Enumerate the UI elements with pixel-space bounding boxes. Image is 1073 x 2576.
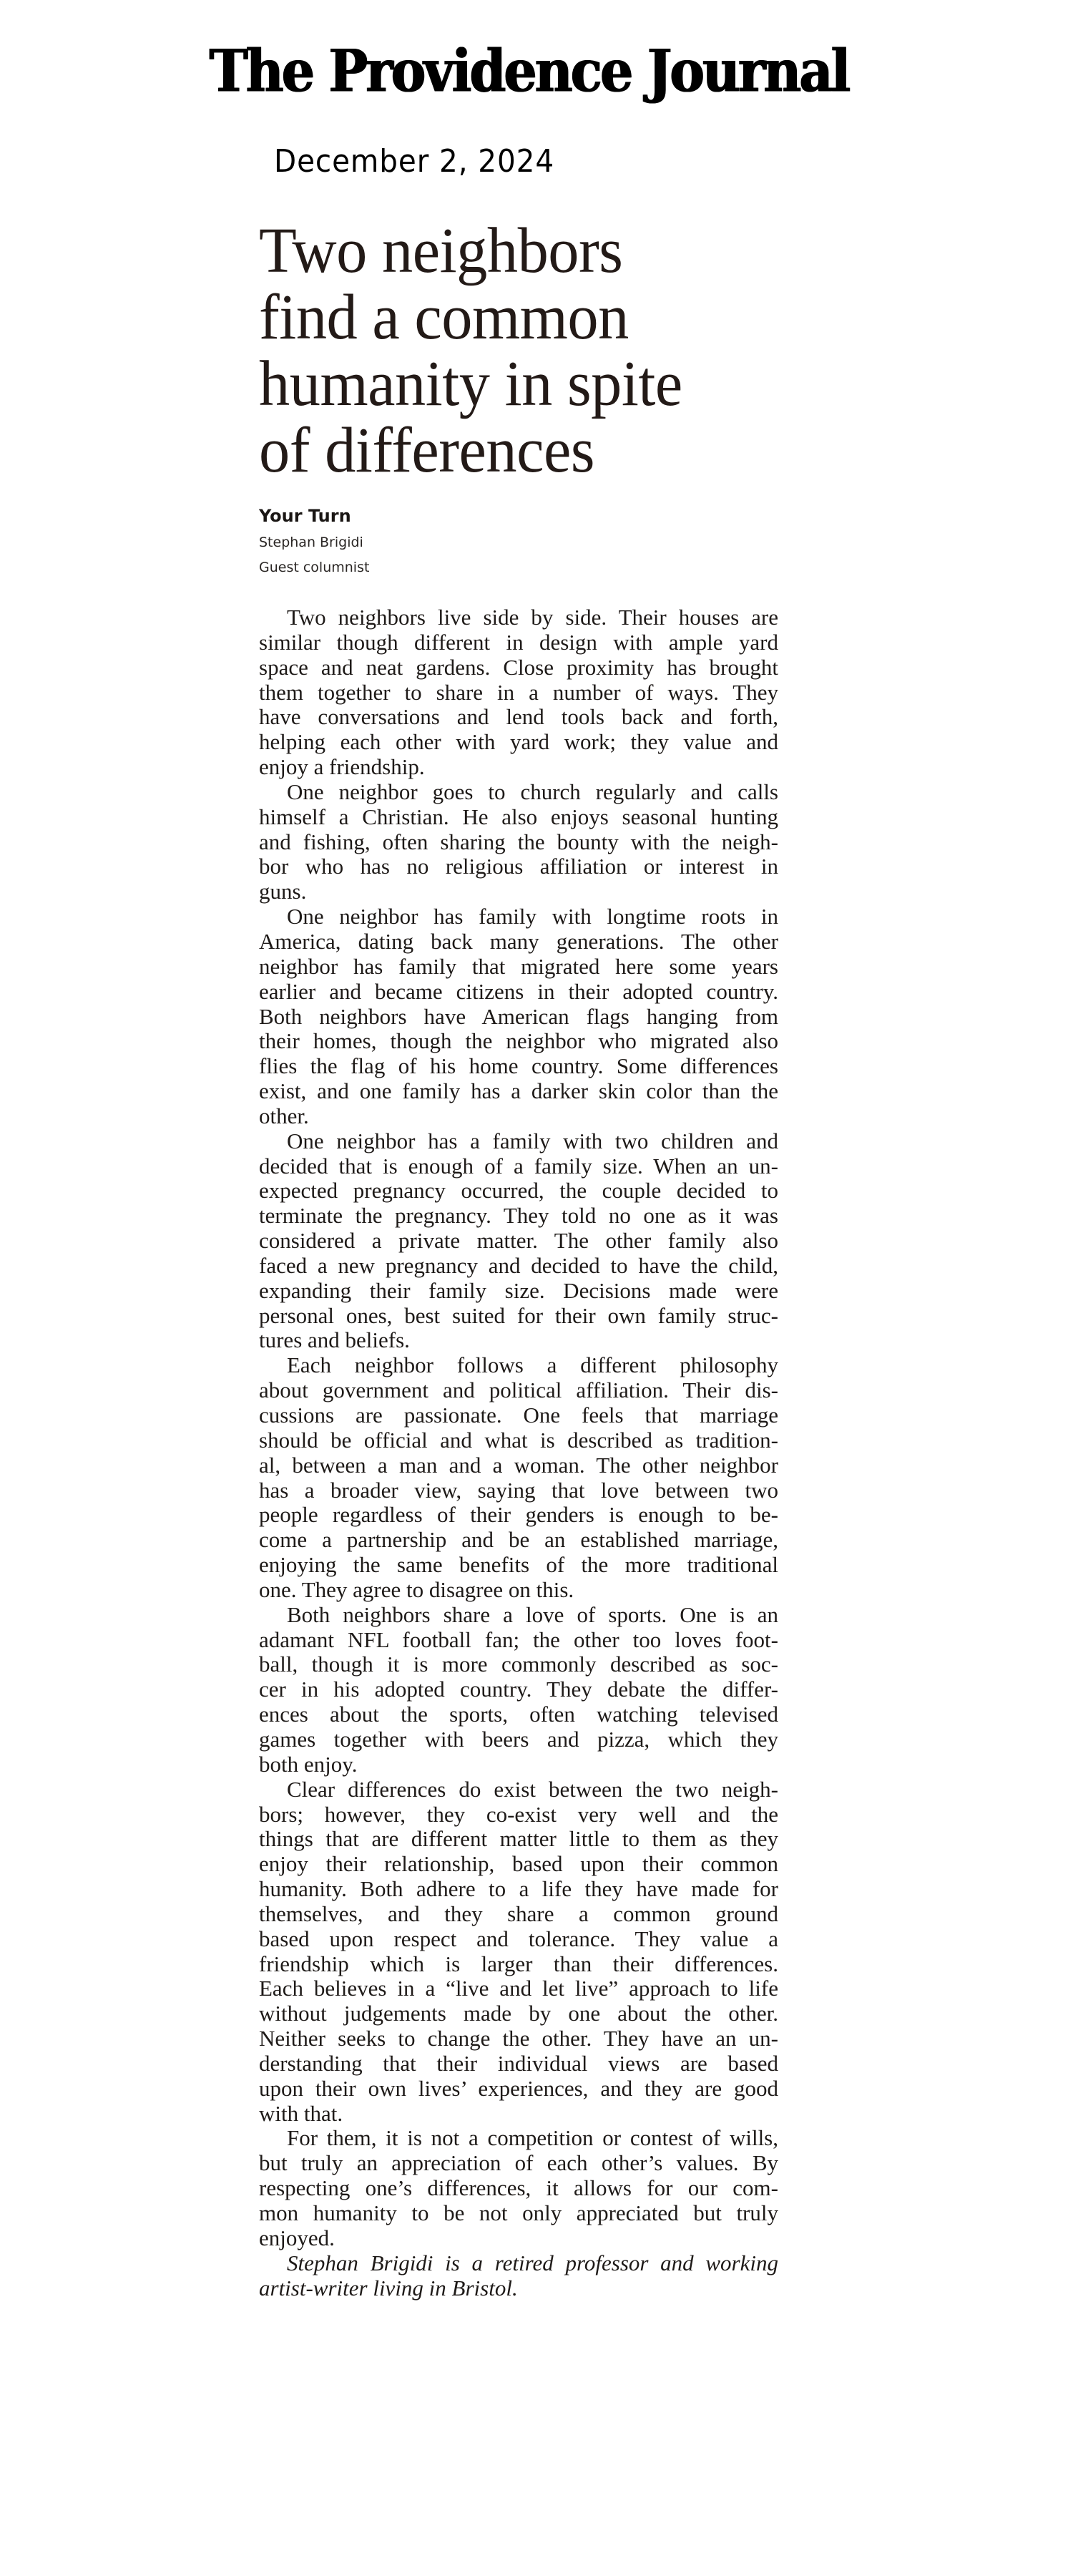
text-line: other. [259, 1104, 778, 1129]
text-line-content: himself a Christian. He also enjoys seas… [259, 805, 778, 830]
article-headline: Two neighbors find a common humanity in … [259, 218, 803, 484]
text-line-content: mon humanity to be not only appreciated … [259, 2201, 778, 2226]
text-line: with that. [259, 2102, 778, 2127]
text-line: Both neighbors share a love of sports. O… [259, 1603, 778, 1628]
text-line: One neighbor goes to church regularly an… [259, 780, 778, 805]
text-line-content: other. [259, 1104, 778, 1129]
text-line: space and neat gardens. Close proximity … [259, 655, 778, 680]
text-line-content: friendship which is larger than their di… [259, 1952, 778, 1977]
article-paragraph: Clear differences do exist between the t… [259, 1777, 778, 2127]
text-line: derstanding that their individual views … [259, 2051, 778, 2077]
text-line-content: respecting one’s differences, it allows … [259, 2176, 778, 2201]
text-line-content: people regardless of their genders is en… [259, 1503, 778, 1528]
text-line-content: themselves, and they share a common grou… [259, 1902, 778, 1927]
article-paragraph: One neighbor has a family with two child… [259, 1129, 778, 1354]
author-role: Guest columnist [259, 560, 369, 576]
article-paragraph: Two neighbors live side by side. Their h… [259, 605, 778, 780]
text-line: friendship which is larger than their di… [259, 1952, 778, 1977]
text-line: Both neighbors have American flags hangi… [259, 1005, 778, 1030]
text-line-content: Neither seeks to change the other. They … [259, 2026, 778, 2051]
text-line-content: derstanding that their individual views … [259, 2051, 778, 2077]
text-line-content: come a partnership and be an established… [259, 1528, 778, 1553]
text-line-content: enjoyed. [259, 2226, 778, 2251]
article-paragraph: Both neighbors share a love of sports. O… [259, 1603, 778, 1777]
headline-line: Two neighbors [259, 218, 781, 284]
text-line-content: Two neighbors live side by side. Their h… [259, 605, 778, 630]
text-line: For them, it is not a competition or con… [259, 2126, 778, 2151]
text-line: earlier and became citizens in their ado… [259, 980, 778, 1005]
article-body: Two neighbors live side by side. Their h… [259, 605, 778, 2301]
text-line: games together with beers and pizza, whi… [259, 1727, 778, 1752]
text-line-content: personal ones, best suited for their own… [259, 1304, 778, 1329]
text-line-content: One neighbor has a family with two child… [259, 1129, 778, 1154]
text-line-content: with that. [259, 2102, 778, 2127]
text-line: Two neighbors live side by side. Their h… [259, 605, 778, 630]
text-line: but truly an appreciation of each other’… [259, 2151, 778, 2176]
text-line-content: and fishing, often sharing the bounty wi… [259, 830, 778, 855]
text-line-content: ball, though it is more commonly describ… [259, 1652, 778, 1677]
text-line-content: bor who has no religious affiliation or … [259, 854, 778, 879]
text-line: both enjoy. [259, 1752, 778, 1777]
text-line: come a partnership and be an established… [259, 1528, 778, 1553]
text-line: people regardless of their genders is en… [259, 1503, 778, 1528]
masthead-title: The Providence Journal [210, 42, 849, 101]
text-line-content: one. They agree to disagree on this. [259, 1578, 778, 1603]
text-line: enjoy their relationship, based upon the… [259, 1852, 778, 1877]
text-line: respecting one’s differences, it allows … [259, 2176, 778, 2201]
text-line-content: ences about the sports, often watching t… [259, 1702, 778, 1727]
text-line-content: expected pregnancy occurred, the couple … [259, 1179, 778, 1204]
text-line-content: their homes, though the neighbor who mig… [259, 1029, 778, 1054]
text-line-content: should be official and what is described… [259, 1428, 778, 1453]
text-line: personal ones, best suited for their own… [259, 1304, 778, 1329]
text-line: tures and beliefs. [259, 1328, 778, 1353]
text-line: things that are different matter little … [259, 1827, 778, 1852]
text-line-content: based upon respect and tolerance. They v… [259, 1927, 778, 1952]
text-line: ball, though it is more commonly describ… [259, 1652, 778, 1677]
text-line: about government and political affiliati… [259, 1378, 778, 1403]
text-line: themselves, and they share a common grou… [259, 1902, 778, 1927]
text-line-content: cussions are passionate. One feels that … [259, 1403, 778, 1428]
text-line-content: al, between a man and a woman. The other… [259, 1453, 778, 1478]
text-line-content: enjoying the same benefits of the more t… [259, 1553, 778, 1578]
text-line-content: but truly an appreciation of each other’… [259, 2151, 778, 2176]
text-line-content: humanity. Both adhere to a life they hav… [259, 1877, 778, 1902]
text-line-content: artist-writer living in Bristol. [259, 2276, 778, 2301]
text-line-content: Each believes in a “live and let live” a… [259, 1976, 778, 2001]
masthead-logo: The Providence Journal [234, 21, 824, 122]
section-label: Your Turn [259, 506, 351, 527]
article-paragraph: For them, it is not a competition or con… [259, 2126, 778, 2250]
text-line: mon humanity to be not only appreciated … [259, 2201, 778, 2226]
text-line-content: considered a private matter. The other f… [259, 1229, 778, 1254]
text-line-content: tures and beliefs. [259, 1328, 778, 1353]
author-name: Stephan Brigidi [259, 535, 363, 551]
text-line: and fishing, often sharing the bounty wi… [259, 830, 778, 855]
text-line: ences about the sports, often watching t… [259, 1702, 778, 1727]
text-line-content: has a broader view, saying that love bet… [259, 1478, 778, 1503]
text-line: Clear differences do exist between the t… [259, 1777, 778, 1802]
text-line-content: space and neat gardens. Close proximity … [259, 655, 778, 680]
text-line-content: cer in his adopted country. They debate … [259, 1677, 778, 1702]
text-line-content: neighbor has family that migrated here s… [259, 955, 778, 980]
text-line: guns. [259, 879, 778, 904]
publication-date: December 2, 2024 [274, 143, 554, 181]
text-line: have conversations and lend tools back a… [259, 705, 778, 730]
text-line: decided that is enough of a family size.… [259, 1154, 778, 1179]
text-line-content: bors; however, they co-exist very well a… [259, 1802, 778, 1828]
text-line: Each believes in a “live and let live” a… [259, 1976, 778, 2001]
text-line-content: adamant NFL football fan; the other too … [259, 1628, 778, 1653]
headline-line: humanity in spite [259, 351, 781, 417]
text-line-content: Stephan Brigidi is a retired professor a… [259, 2251, 778, 2276]
article-paragraph: One neighbor has family with longtime ro… [259, 904, 778, 1129]
text-line-content: upon their own lives’ experiences, and t… [259, 2077, 778, 2102]
text-line: similar though different in design with … [259, 630, 778, 655]
text-line: Stephan Brigidi is a retired professor a… [259, 2251, 778, 2276]
text-line: exist, and one family has a darker skin … [259, 1079, 778, 1104]
text-line-content: decided that is enough of a family size.… [259, 1154, 778, 1179]
text-line: without judgements made by one about the… [259, 2001, 778, 2026]
text-line-content: expanding their family size. Decisions m… [259, 1279, 778, 1304]
text-line: enjoying the same benefits of the more t… [259, 1553, 778, 1578]
text-line: terminate the pregnancy. They told no on… [259, 1204, 778, 1229]
text-line-content: them together to share in a number of wa… [259, 680, 778, 706]
text-line: One neighbor has family with longtime ro… [259, 904, 778, 930]
text-line-content: America, dating back many generations. T… [259, 930, 778, 955]
text-line-content: about government and political affiliati… [259, 1378, 778, 1403]
text-line: should be official and what is described… [259, 1428, 778, 1453]
text-line: artist-writer living in Bristol. [259, 2276, 778, 2301]
text-line: neighbor has family that migrated here s… [259, 955, 778, 980]
text-line: them together to share in a number of wa… [259, 680, 778, 706]
author-bio: Stephan Brigidi is a retired professor a… [259, 2251, 778, 2301]
text-line: adamant NFL football fan; the other too … [259, 1628, 778, 1653]
text-line: faced a new pregnancy and decided to hav… [259, 1254, 778, 1279]
text-line: flies the flag of his home country. Some… [259, 1054, 778, 1079]
text-line-content: Both neighbors have American flags hangi… [259, 1005, 778, 1030]
text-line: cussions are passionate. One feels that … [259, 1403, 778, 1428]
headline-line: find a common [259, 284, 781, 351]
text-line-content: things that are different matter little … [259, 1827, 778, 1852]
text-line-content: enjoy their relationship, based upon the… [259, 1852, 778, 1877]
text-line: based upon respect and tolerance. They v… [259, 1927, 778, 1952]
text-line: considered a private matter. The other f… [259, 1229, 778, 1254]
text-line: al, between a man and a woman. The other… [259, 1453, 778, 1478]
text-line: upon their own lives’ experiences, and t… [259, 2077, 778, 2102]
text-line-content: both enjoy. [259, 1752, 778, 1777]
text-line-content: For them, it is not a competition or con… [259, 2126, 778, 2151]
text-line-content: helping each other with yard work; they … [259, 730, 778, 755]
text-line: helping each other with yard work; they … [259, 730, 778, 755]
text-line: has a broader view, saying that love bet… [259, 1478, 778, 1503]
text-line: one. They agree to disagree on this. [259, 1578, 778, 1603]
text-line-content: guns. [259, 879, 778, 904]
text-line-content: enjoy a friendship. [259, 755, 778, 780]
text-line: himself a Christian. He also enjoys seas… [259, 805, 778, 830]
article-paragraph: Each neighbor follows a different philos… [259, 1353, 778, 1602]
text-line-content: Clear differences do exist between the t… [259, 1777, 778, 1802]
text-line-content: faced a new pregnancy and decided to hav… [259, 1254, 778, 1279]
text-line-content: One neighbor has family with longtime ro… [259, 904, 778, 930]
text-line: expected pregnancy occurred, the couple … [259, 1179, 778, 1204]
text-line-content: Both neighbors share a love of sports. O… [259, 1603, 778, 1628]
text-line-content: have conversations and lend tools back a… [259, 705, 778, 730]
text-line-content: terminate the pregnancy. They told no on… [259, 1204, 778, 1229]
text-line-content: games together with beers and pizza, whi… [259, 1727, 778, 1752]
text-line-content: flies the flag of his home country. Some… [259, 1054, 778, 1079]
text-line: enjoyed. [259, 2226, 778, 2251]
text-line: bor who has no religious affiliation or … [259, 854, 778, 879]
text-line: bors; however, they co-exist very well a… [259, 1802, 778, 1828]
text-line-content: earlier and became citizens in their ado… [259, 980, 778, 1005]
text-line-content: similar though different in design with … [259, 630, 778, 655]
text-line: Neither seeks to change the other. They … [259, 2026, 778, 2051]
text-line: their homes, though the neighbor who mig… [259, 1029, 778, 1054]
text-line: enjoy a friendship. [259, 755, 778, 780]
text-line: Each neighbor follows a different philos… [259, 1353, 778, 1378]
text-line-content: One neighbor goes to church regularly an… [259, 780, 778, 805]
text-line: cer in his adopted country. They debate … [259, 1677, 778, 1702]
text-line: One neighbor has a family with two child… [259, 1129, 778, 1154]
text-line-content: Each neighbor follows a different philos… [259, 1353, 778, 1378]
article-paragraph: One neighbor goes to church regularly an… [259, 780, 778, 904]
headline-line: of differences [259, 417, 781, 484]
text-line: expanding their family size. Decisions m… [259, 1279, 778, 1304]
text-line: America, dating back many generations. T… [259, 930, 778, 955]
text-line: humanity. Both adhere to a life they hav… [259, 1877, 778, 1902]
text-line-content: without judgements made by one about the… [259, 2001, 778, 2026]
text-line-content: exist, and one family has a darker skin … [259, 1079, 778, 1104]
